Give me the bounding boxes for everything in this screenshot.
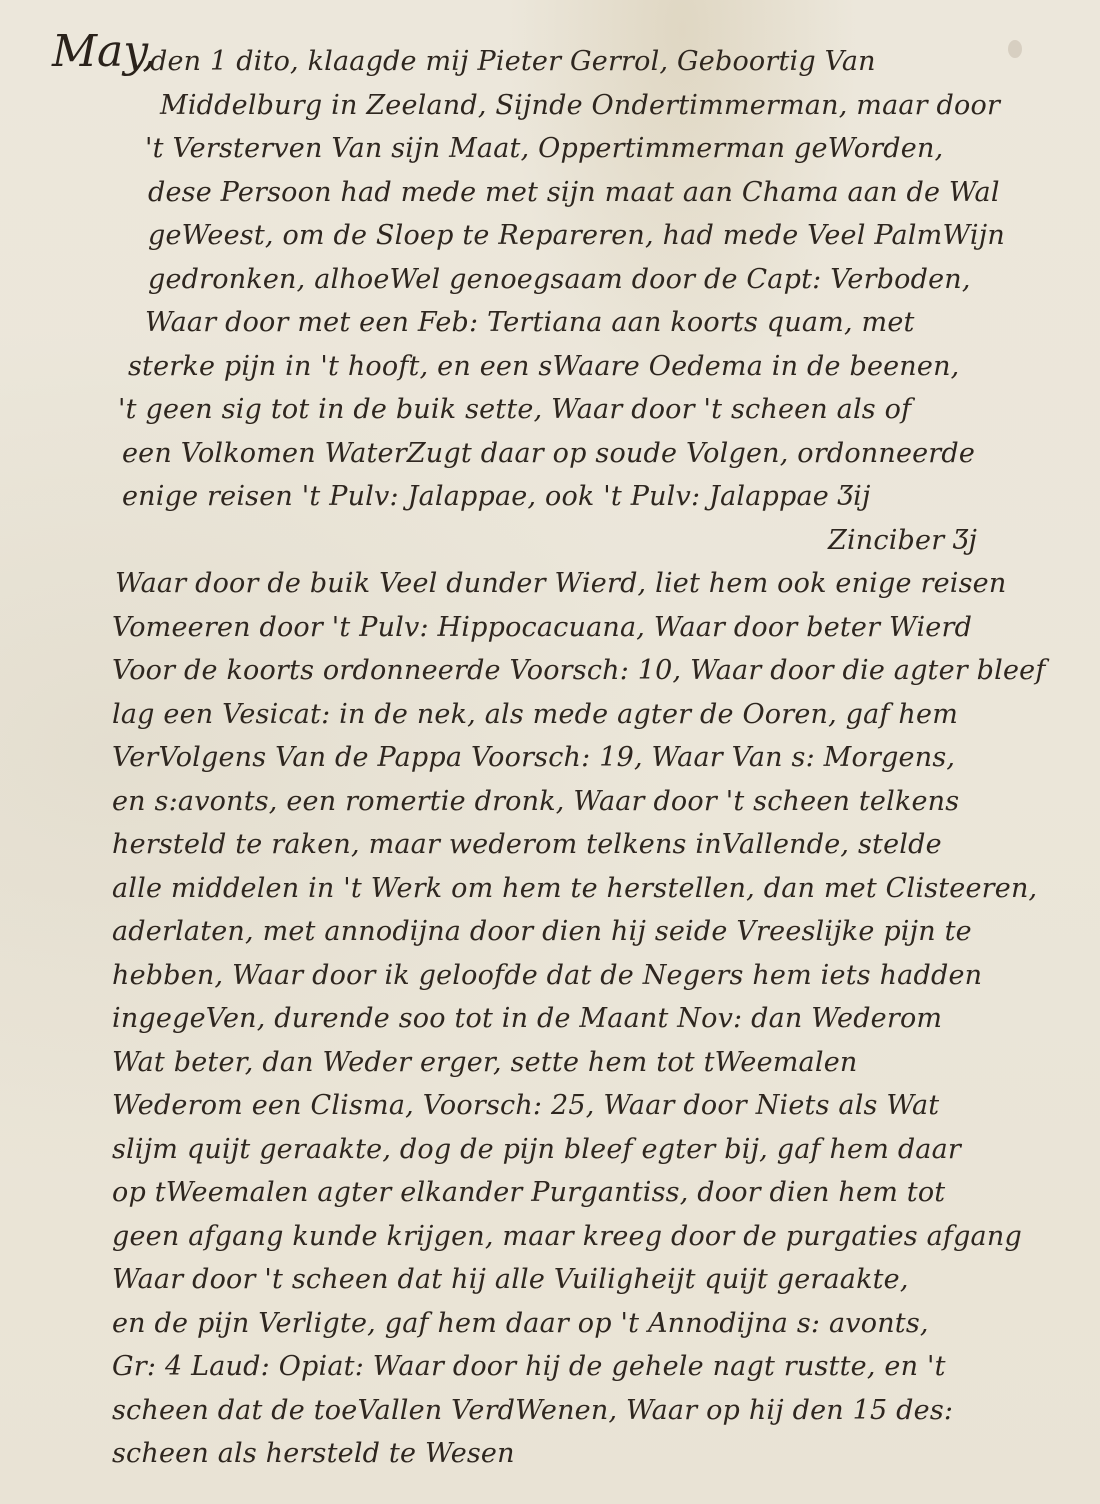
manuscript-line: slijm quijt geraakte, dog de pijn bleef … [112, 1136, 961, 1163]
manuscript-line: en de pijn Verligte, gaf hem daar op 't … [112, 1310, 929, 1337]
manuscript-line: en s:avonts, een romertie dronk, Waar do… [112, 788, 959, 815]
manuscript-line: Voor de koorts ordonneerde Voorsch: 10, … [112, 657, 1046, 684]
margin-note-month: May, [52, 30, 156, 74]
manuscript-line: op tWeemalen agter elkander Purgantiss, … [112, 1179, 945, 1206]
manuscript-line: Wederom een Clisma, Voorsch: 25, Waar do… [112, 1092, 939, 1119]
ink-stain [1008, 40, 1022, 58]
manuscript-line: lag een Vesicat: in de nek, als mede agt… [112, 701, 958, 728]
manuscript-line: Waar door met een Feb: Tertiana aan koor… [145, 309, 915, 336]
manuscript-line: Middelburg in Zeeland, Sijnde Ondertimme… [160, 92, 1000, 119]
manuscript-line: Wat beter, dan Weder erger, sette hem to… [112, 1049, 857, 1076]
manuscript-page: May, den 1 dito, klaagde mij Pieter Gerr… [0, 0, 1100, 1504]
manuscript-line: scheen als hersteld te Wesen [112, 1440, 515, 1467]
manuscript-line: geen afgang kunde krijgen, maar kreeg do… [112, 1223, 1022, 1250]
manuscript-line: dese Persoon had mede met sijn maat aan … [148, 179, 1000, 206]
manuscript-line: enige reisen 't Pulv: Jalappae, ook 't P… [122, 483, 871, 510]
manuscript-line: sterke pijn in 't hooft, en een sWaare O… [128, 353, 959, 380]
manuscript-line: VerVolgens Van de Pappa Voorsch: 19, Waa… [112, 744, 955, 771]
manuscript-line: gedronken, alhoeWel genoegsaam door de C… [148, 266, 971, 293]
manuscript-line: hersteld te raken, maar wederom telkens … [112, 831, 942, 858]
manuscript-line: 't Versterven Van sijn Maat, Oppertimmer… [145, 135, 943, 162]
manuscript-line: Waar door 't scheen dat hij alle Vuiligh… [112, 1266, 909, 1293]
manuscript-line: 't geen sig tot in de buik sette, Waar d… [118, 396, 911, 423]
manuscript-line: geWeest, om de Sloep te Repareren, had m… [148, 222, 1005, 249]
manuscript-line: scheen dat de toeVallen VerdWenen, Waar … [112, 1397, 953, 1424]
manuscript-line: Waar door de buik Veel dunder Wierd, lie… [115, 570, 1006, 597]
manuscript-line: ingegeVen, durende soo tot in de Maant N… [112, 1005, 942, 1032]
manuscript-line: alle middelen in 't Werk om hem te herst… [112, 875, 1037, 902]
manuscript-line: Vomeeren door 't Pulv: Hippocacuana, Waa… [112, 614, 972, 641]
manuscript-line: den 1 dito, klaagde mij Pieter Gerrol, G… [150, 48, 876, 75]
manuscript-line-right-indent: Zinciber Ʒj [828, 527, 977, 554]
manuscript-line: aderlaten, met annodijna door dien hij s… [112, 918, 972, 945]
manuscript-line: hebben, Waar door ik geloofde dat de Neg… [112, 962, 982, 989]
manuscript-line: een Volkomen WaterZugt daar op soude Vol… [122, 440, 975, 467]
manuscript-line: Gr: 4 Laud: Opiat: Waar door hij de gehe… [112, 1353, 946, 1380]
